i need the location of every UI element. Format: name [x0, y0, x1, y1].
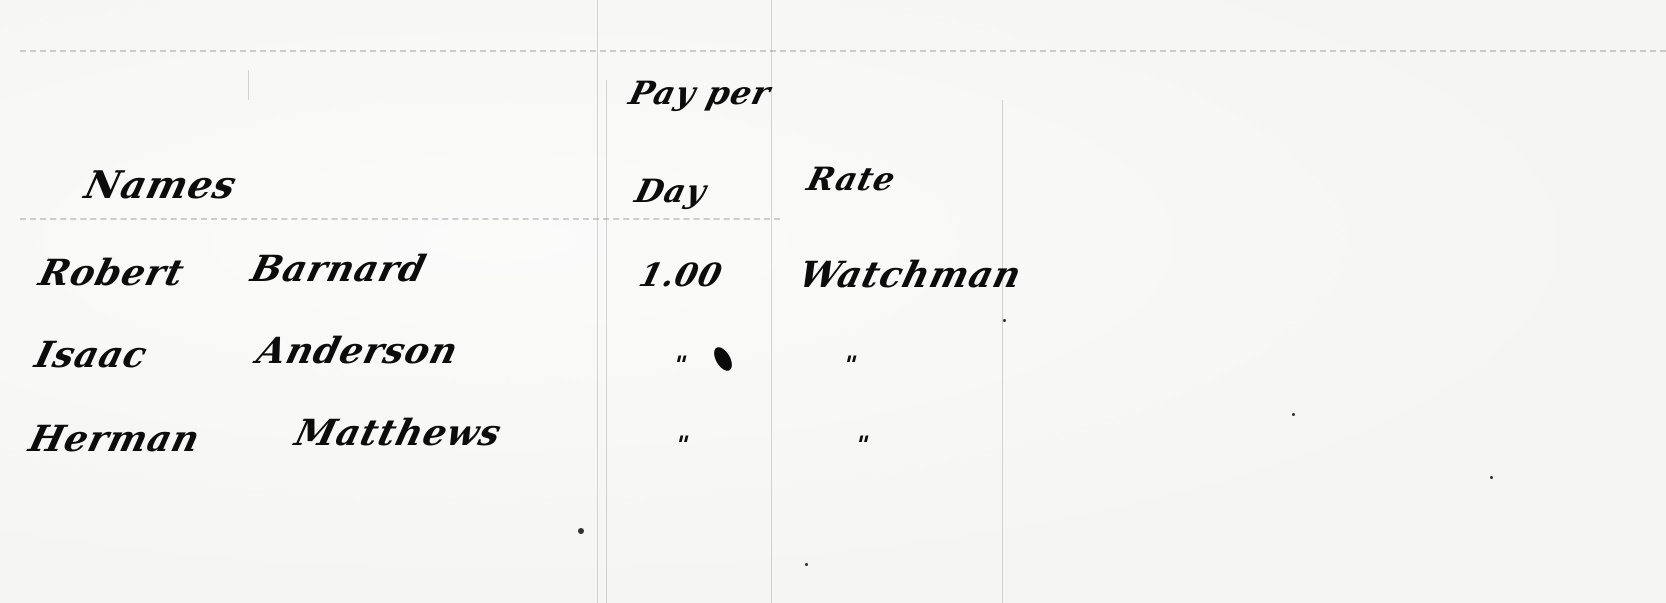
- row-3-last-name: Matthews: [291, 412, 506, 454]
- document-page: Names Pay per Day Rate Robert Barnard 1.…: [0, 0, 1666, 603]
- row-1-last-name: Barnard: [247, 248, 431, 290]
- ink-speck: [578, 528, 584, 534]
- row-1-pay: 1.00: [635, 256, 726, 294]
- ink-speck: [805, 563, 808, 566]
- column-divider-names-pay: [597, 0, 598, 603]
- row-2-last-name: Anderson: [253, 330, 463, 372]
- column-divider-names-pay-inner: [606, 80, 607, 603]
- row-3-pay-ditto: ": [672, 430, 693, 459]
- ink-speck: [1003, 319, 1006, 322]
- row-2-pay-ditto: ": [670, 350, 691, 379]
- rate-column-header: Rate: [803, 160, 900, 198]
- row-2-first-name: Isaac: [31, 334, 152, 376]
- row-1-rate: Watchman: [795, 254, 1026, 296]
- faint-mark: [248, 70, 249, 100]
- row-3-first-name: Herman: [25, 418, 205, 460]
- ink-blot: [710, 344, 735, 374]
- pay-per-day-header-line2: Day: [631, 172, 711, 210]
- names-column-header: Names: [80, 162, 241, 207]
- header-rule: [20, 218, 780, 220]
- row-3-rate-ditto: ": [852, 430, 873, 459]
- ink-speck: [1292, 413, 1295, 416]
- column-divider-rate-end: [1002, 100, 1003, 603]
- row-1-first-name: Robert: [35, 252, 189, 294]
- row-2-rate-ditto: ": [840, 350, 861, 379]
- top-rule: [20, 50, 1666, 52]
- ink-speck: [1490, 476, 1493, 479]
- column-divider-pay-rate: [771, 0, 772, 603]
- pay-per-day-header-line1: Pay per: [625, 74, 775, 112]
